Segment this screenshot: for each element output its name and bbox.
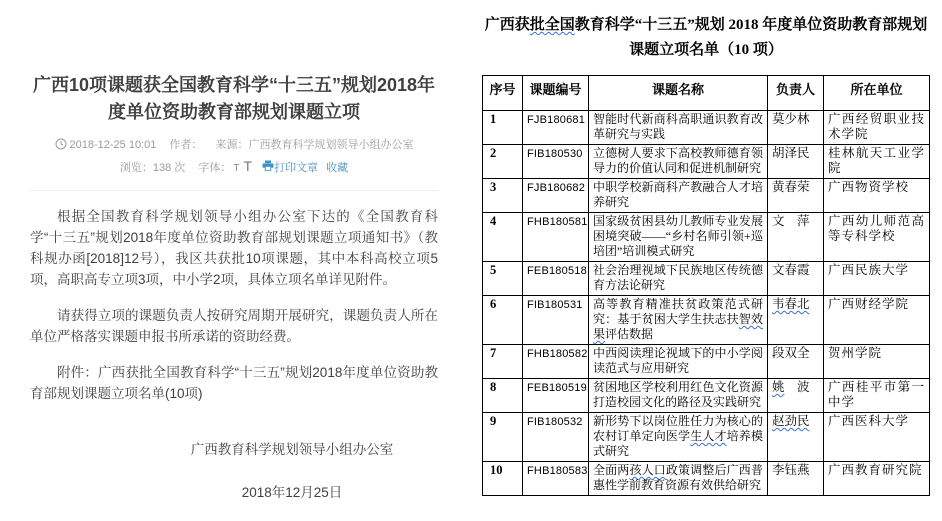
code-cell: FEB180518 [523, 262, 589, 296]
right-document: 广西获批全国教育科学“十三五”规划 2018 年度单位资助教育部规划课题立项名单… [482, 13, 930, 496]
signature-block: 广西教育科学规划领导小组办公室 2018年12月25日 [142, 438, 442, 501]
table-row: 6FIB180531高等教育精准扶贫政策范式研究：基于贫困大学生扶志扶智效果评估… [483, 296, 930, 345]
views-item: 浏览：138 次 [120, 158, 185, 179]
topic-cell: 中西阅读理论视域下的中小学阅读范式与应用研究 [589, 345, 768, 379]
table-body: 1FJB180681智能时代新商科高职通识教育改革研究与实践莫少林广西经贸职业技… [483, 111, 930, 496]
approval-table: 序号课题编号课题名称负责人所在单位 1FJB180681智能时代新商科高职通识教… [482, 75, 930, 496]
document-title: 广西获批全国教育科学“十三五”规划 2018 年度单位资助教育部规划课题立项名单… [482, 13, 930, 63]
topic-cell: 全面两孩人口政策调整后广西普惠性学前教育资源有效供给研究 [589, 462, 768, 496]
table-header-row: 序号课题编号课题名称负责人所在单位 [483, 76, 930, 111]
unit-cell: 广西医科大学 [824, 413, 930, 462]
font-size-small-button[interactable]: T [233, 163, 239, 174]
unit-cell: 广西经贸职业技术学院 [824, 111, 930, 145]
spellcheck-underline: 韦春北 [772, 297, 810, 311]
table-header-cell: 课题编号 [523, 76, 589, 111]
article-paragraph: 请获得立项的课题负责人按研究周期开展研究，课题负责人所在单位严格落实课题申报书所… [30, 305, 438, 347]
unit-cell: 广西幼儿师范高等专科学校 [824, 213, 930, 262]
topic-cell: 高等教育精准扶贫政策范式研究：基于贫困大学生扶志扶智效果评估数据 [589, 296, 768, 345]
code-cell: FIB180531 [523, 296, 589, 345]
spellcheck-underline: 姚 [772, 380, 785, 394]
author-label: 作者： [169, 135, 202, 156]
spellcheck-underline: 孩人口 [629, 463, 665, 477]
unit-cell: 广西民族大学 [824, 262, 930, 296]
seq-cell: 8 [483, 379, 523, 413]
seq-cell: 3 [483, 179, 523, 213]
table-row: 2FIB180530立德树人要求下高校教师德育领导力的价值认同和促进机制研究胡泽… [483, 145, 930, 179]
leader-cell: 李钰燕 [768, 462, 824, 496]
topic-cell: 立德树人要求下高校教师德育领导力的价值认同和促进机制研究 [589, 145, 768, 179]
code-cell: FJB180681 [523, 111, 589, 145]
leader-cell: 胡泽民 [768, 145, 824, 179]
views-label: 浏览： [120, 162, 153, 174]
table-row: 7FHB180582中西阅读理论视域下的中小学阅读范式与应用研究段双全贺州学院 [483, 345, 930, 379]
spellcheck-underline: 生人才 [690, 429, 726, 443]
table-row: 9FIB180532新形势下以岗位胜任力为核心的农村订单定向医学生人才培养模式研… [483, 413, 930, 462]
code-cell: FIB180532 [523, 413, 589, 462]
unit-cell: 广西财经学院 [824, 296, 930, 345]
unit-cell: 广西桂平市第一中学 [824, 379, 930, 413]
seq-cell: 4 [483, 213, 523, 262]
code-cell: FHB180581 [523, 213, 589, 262]
seq-cell: 9 [483, 413, 523, 462]
signature-date: 2018年12月25日 [142, 481, 442, 501]
leader-cell: 黄春荣 [768, 179, 824, 213]
leader-cell: 莫少林 [768, 111, 824, 145]
topic-cell: 新形势下以岗位胜任力为核心的农村订单定向医学生人才培养模式研究 [589, 413, 768, 462]
table-row: 1FJB180681智能时代新商科高职通识教育改革研究与实践莫少林广西经贸职业技… [483, 111, 930, 145]
source-name: 广西教育科学规划领导小组办公室 [248, 139, 413, 151]
topic-cell: 贫困地区学校利用红色文化资源打造校园文化的路径及实践研究 [589, 379, 768, 413]
topic-cell: 社会治理视域下民族地区传统德育方法论研究 [589, 262, 768, 296]
leader-cell: 文 萍 [768, 213, 824, 262]
source-item: 来源：广西教育科学规划领导小组办公室 [215, 135, 413, 156]
print-article-button[interactable]: 打印文章 [262, 162, 318, 174]
clock-icon [55, 138, 67, 150]
leader-cell: 赵劲民 [768, 413, 824, 462]
code-cell: FJB180682 [523, 179, 589, 213]
spellcheck-underline: 批全国 [530, 17, 575, 33]
table-header-cell: 序号 [483, 76, 523, 111]
table-row: 8FEB180519贫困地区学校利用红色文化资源打造校园文化的路径及实践研究姚 … [483, 379, 930, 413]
signature-office: 广西教育科学规划领导小组办公室 [142, 438, 442, 458]
publish-time-item: 2018-12-25 10:01 [55, 135, 157, 156]
topic-cell: 智能时代新商科高职通识教育改革研究与实践 [589, 111, 768, 145]
attachment-line: 附件：广西获批全国教育科学“十三五”规划2018年度单位资助教育部规划课题立项名… [30, 362, 438, 404]
font-size-label: 字体： [198, 162, 231, 174]
leader-cell: 文春霞 [768, 262, 824, 296]
seq-cell: 2 [483, 145, 523, 179]
printer-icon [262, 160, 274, 171]
topic-cell: 中职学校新商科产教融合人才培养研究 [589, 179, 768, 213]
seq-cell: 10 [483, 462, 523, 496]
seq-cell: 5 [483, 262, 523, 296]
article-paragraph: 根据全国教育科学规划领导小组办公室下达的《全国教育科学“十三五”规划2018年度… [30, 206, 438, 290]
table-row: 10FHB180583全面两孩人口政策调整后广西普惠性学前教育资源有效供给研究李… [483, 462, 930, 496]
leader-cell: 段双全 [768, 345, 824, 379]
article-title: 广西10项课题获全国教育科学“十三五”规划2018年度单位资助教育部规划课题立项 [30, 72, 438, 126]
table-row: 3FJB180682中职学校新商科产教融合人才培养研究黄春荣广西物资学校 [483, 179, 930, 213]
source-label: 来源： [215, 139, 248, 151]
unit-cell: 广西物资学校 [824, 179, 930, 213]
unit-cell: 贺州学院 [824, 345, 930, 379]
topic-cell: 国家级贫困县幼儿教师专业发展困境突破——“乡村名师引领+巡培团”培训模式研究 [589, 213, 768, 262]
code-cell: FHB180582 [523, 345, 589, 379]
unit-cell: 桂林航天工业学院 [824, 145, 930, 179]
favorite-button[interactable]: 收藏 [326, 158, 348, 179]
article-body: 根据全国教育科学规划领导小组办公室下达的《全国教育科学“十三五”规划2018年度… [30, 206, 438, 404]
spellcheck-underline: 赵劲民 [772, 414, 810, 428]
seq-cell: 7 [483, 345, 523, 379]
seq-cell: 6 [483, 296, 523, 345]
seq-cell: 1 [483, 111, 523, 145]
table-row: 4FHB180581国家级贫困县幼儿教师专业发展困境突破——“乡村名师引领+巡培… [483, 213, 930, 262]
table-row: 5FEB180518社会治理视域下民族地区传统德育方法论研究文春霞广西民族大学 [483, 262, 930, 296]
left-article: 广西10项课题获全国教育科学“十三五”规划2018年度单位资助教育部规划课题立项… [30, 72, 438, 501]
table-header-cell: 课题名称 [589, 76, 768, 111]
font-size-large-button[interactable]: T [243, 158, 252, 174]
table-header-cell: 负责人 [768, 76, 824, 111]
publish-time: 2018-12-25 10:01 [70, 139, 157, 151]
leader-cell: 韦春北 [768, 296, 824, 345]
code-cell: FHB180583 [523, 462, 589, 496]
table-header-cell: 所在单位 [824, 76, 930, 111]
print-article-label: 打印文章 [274, 162, 318, 174]
font-size-controls: 字体：TT [198, 156, 254, 179]
code-cell: FEB180519 [523, 379, 589, 413]
code-cell: FIB180530 [523, 145, 589, 179]
leader-cell: 姚 波 [768, 379, 824, 413]
unit-cell: 广西教育研究院 [824, 462, 930, 496]
article-meta: 2018-12-25 10:01 作者： 来源：广西教育科学规划领导小组办公室 … [30, 135, 438, 191]
views-count: 138 次 [153, 162, 185, 174]
